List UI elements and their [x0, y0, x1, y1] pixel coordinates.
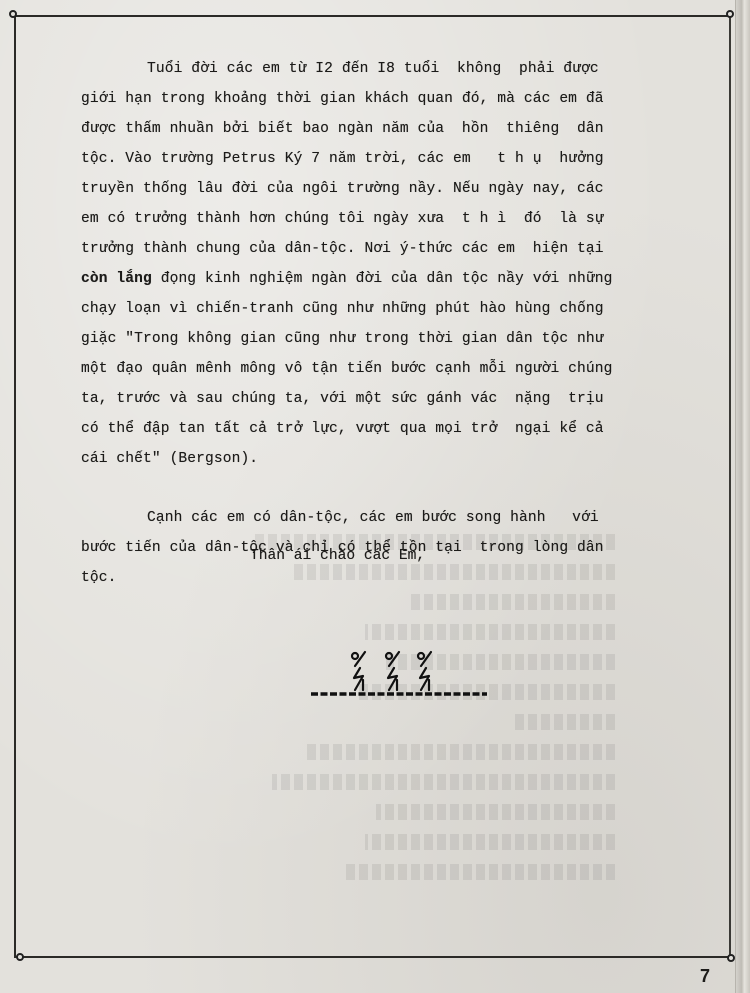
corner-ornament-icon	[9, 10, 17, 18]
text-line: một đạo quân mênh mông vô tận tiến bước …	[81, 354, 701, 384]
text-line: truyền thống lâu đời của ngôi trường nầy…	[81, 174, 701, 204]
text-line: ta, trước và sau chúng ta, với một sức g…	[81, 384, 701, 414]
text-line: trưởng thành chung của dân-tộc. Nơi ý-th…	[81, 234, 701, 264]
closing-salutation: Thân ái chào các Em,	[250, 548, 425, 564]
double-struck-text: còn lắng	[81, 271, 152, 287]
corner-ornament-icon	[727, 954, 735, 962]
handwritten-signature-icon	[311, 650, 491, 700]
page-binding-edge	[735, 0, 750, 993]
text-line: có thể đập tan tất cả trở lực, vượt qua …	[81, 414, 701, 444]
text-line: giới hạn trong khoảng thời gian khách qu…	[81, 84, 701, 114]
paragraph-spacer	[81, 474, 701, 503]
text-line: tộc.	[81, 563, 701, 593]
text-line: được thấm nhuần bởi biết bao ngàn năm củ…	[81, 114, 701, 144]
page-number: 7	[700, 966, 710, 987]
text-line: chạy loạn vì chiến-tranh cũng như những …	[81, 294, 701, 324]
letter-body: Tuổi đời các em từ I2 đến I8 tuổi không …	[81, 54, 701, 593]
paragraph-1: Tuổi đời các em từ I2 đến I8 tuổi không …	[81, 54, 701, 474]
text-line: tộc. Vào trường Petrus Ký 7 năm trời, cá…	[81, 144, 701, 174]
text-line: em có trưởng thành hơn chúng tôi ngày xư…	[81, 204, 701, 234]
corner-ornament-icon	[726, 10, 734, 18]
corner-ornament-icon	[16, 953, 24, 961]
text-line: giặc "Trong không gian cũng như trong th…	[81, 324, 701, 354]
text-line: Cạnh các em có dân-tộc, các em bước song…	[81, 503, 701, 533]
text-line: Tuổi đời các em từ I2 đến I8 tuổi không …	[81, 54, 701, 84]
text-line: cái chết" (Bergson).	[81, 444, 701, 474]
text-line: còn lắng đọng kinh nghiệm ngàn đời của d…	[81, 264, 701, 294]
